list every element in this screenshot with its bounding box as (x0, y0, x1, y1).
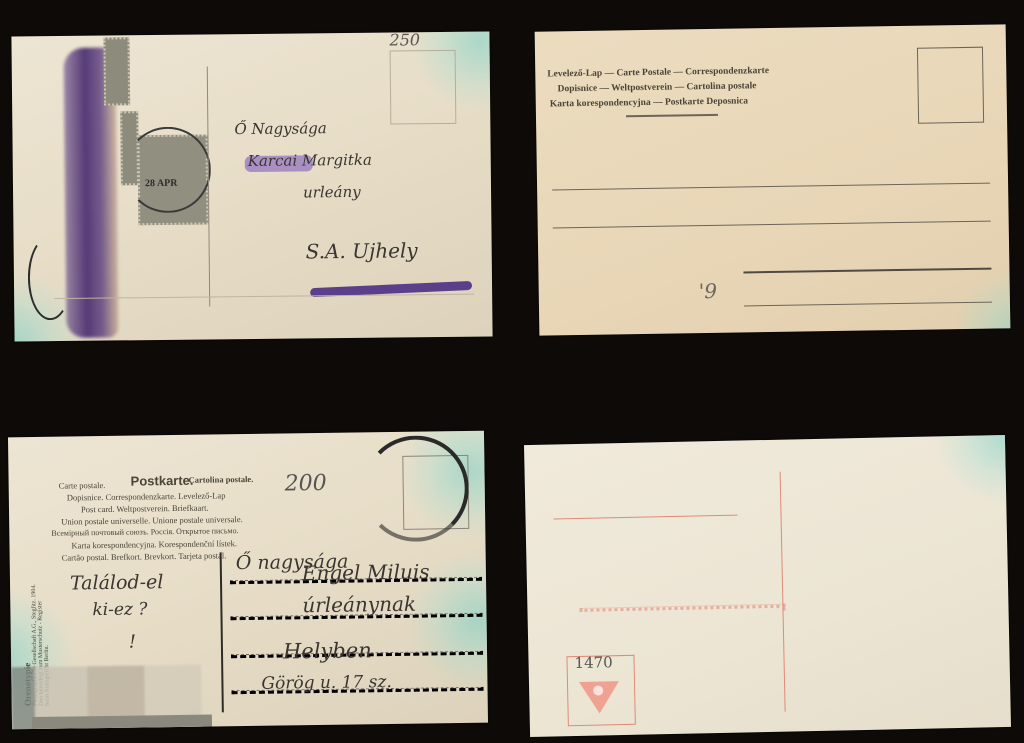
address-rule-2 (553, 221, 991, 229)
light-glare (933, 435, 1011, 506)
address-rule-4 (744, 302, 992, 307)
header-line-5: Всемірный почтовый союзъ. Россія. Открыт… (51, 526, 238, 538)
red-divider (780, 472, 786, 712)
red-rule-1 (554, 515, 738, 520)
address-line-2: Karcai Margitka (248, 151, 372, 170)
pencil-number: 250 (389, 32, 420, 50)
stamp-box (390, 50, 457, 125)
postcard-top-left: 28 APR 250 Ő Nagysága Karcai Margitka ur… (11, 32, 492, 342)
address-line-5: Görög u. 17 sz. (261, 672, 392, 694)
header-line-6: Karta korespondencyjna. Korespondenční l… (71, 538, 237, 550)
pencil-number: 1470 (574, 653, 613, 672)
header-line-7: Cartão postal. Brefkort. Brevkort. Tarje… (62, 550, 227, 562)
postcard-bottom-right: 1470 (524, 435, 1011, 737)
header-line-2: Dopisnice. Correspondenzkarte. Levelező-… (67, 490, 226, 502)
message-line-1: Találod-el (70, 571, 164, 594)
pencil-number: 200 (284, 471, 326, 497)
header-underline (626, 114, 718, 117)
blurred-watermark-bar (32, 715, 212, 730)
stamp-box (917, 47, 984, 124)
address-rule-1 (552, 183, 990, 191)
postmark (124, 126, 211, 213)
address-line-4: S.A. Ujhely (306, 238, 418, 263)
header-line-3: Karta korespondencyjna — Postkarte Depos… (550, 96, 748, 109)
address-line-4: Helyben (283, 638, 372, 663)
divider-line (220, 552, 224, 712)
message-line-2: ki-ez ? (92, 599, 147, 620)
divider-line (207, 66, 211, 306)
red-rule-2 (579, 604, 785, 612)
address-line-3: urleány (303, 183, 361, 202)
header-title: Postkarte. (131, 473, 194, 489)
header-line-cartolina: Cartolina postale. (189, 474, 254, 485)
address-line-3: úrleánynak (302, 592, 416, 618)
address-line-1: Ő Nagysága (234, 119, 327, 138)
postcard-bottom-left: Carte postale. Postkarte. Cartolina post… (8, 431, 488, 730)
postmark-arc (28, 236, 73, 320)
header-line-3: Post card. Weltpostverein. Briefkaart. (81, 503, 209, 515)
message-line-3: ! (129, 632, 137, 653)
header-line-2: Dopisnice — Weltpostverein — Cartolina p… (557, 81, 756, 94)
postcard-top-right: Levelező-Lap — Carte Postale — Correspon… (535, 24, 1011, 335)
pencil-mark: '9 (699, 279, 718, 303)
header-line-carte: Carte postale. (59, 480, 106, 491)
address-line-2: Engel Miluis (302, 559, 430, 585)
header-line-4: Union postale universelle. Unione postal… (61, 514, 243, 527)
address-rule-3 (743, 268, 991, 274)
postmark-date: 28 APR (145, 178, 178, 189)
header-line-1: Levelező-Lap — Carte Postale — Correspon… (547, 66, 769, 79)
stamp-small (103, 37, 130, 105)
